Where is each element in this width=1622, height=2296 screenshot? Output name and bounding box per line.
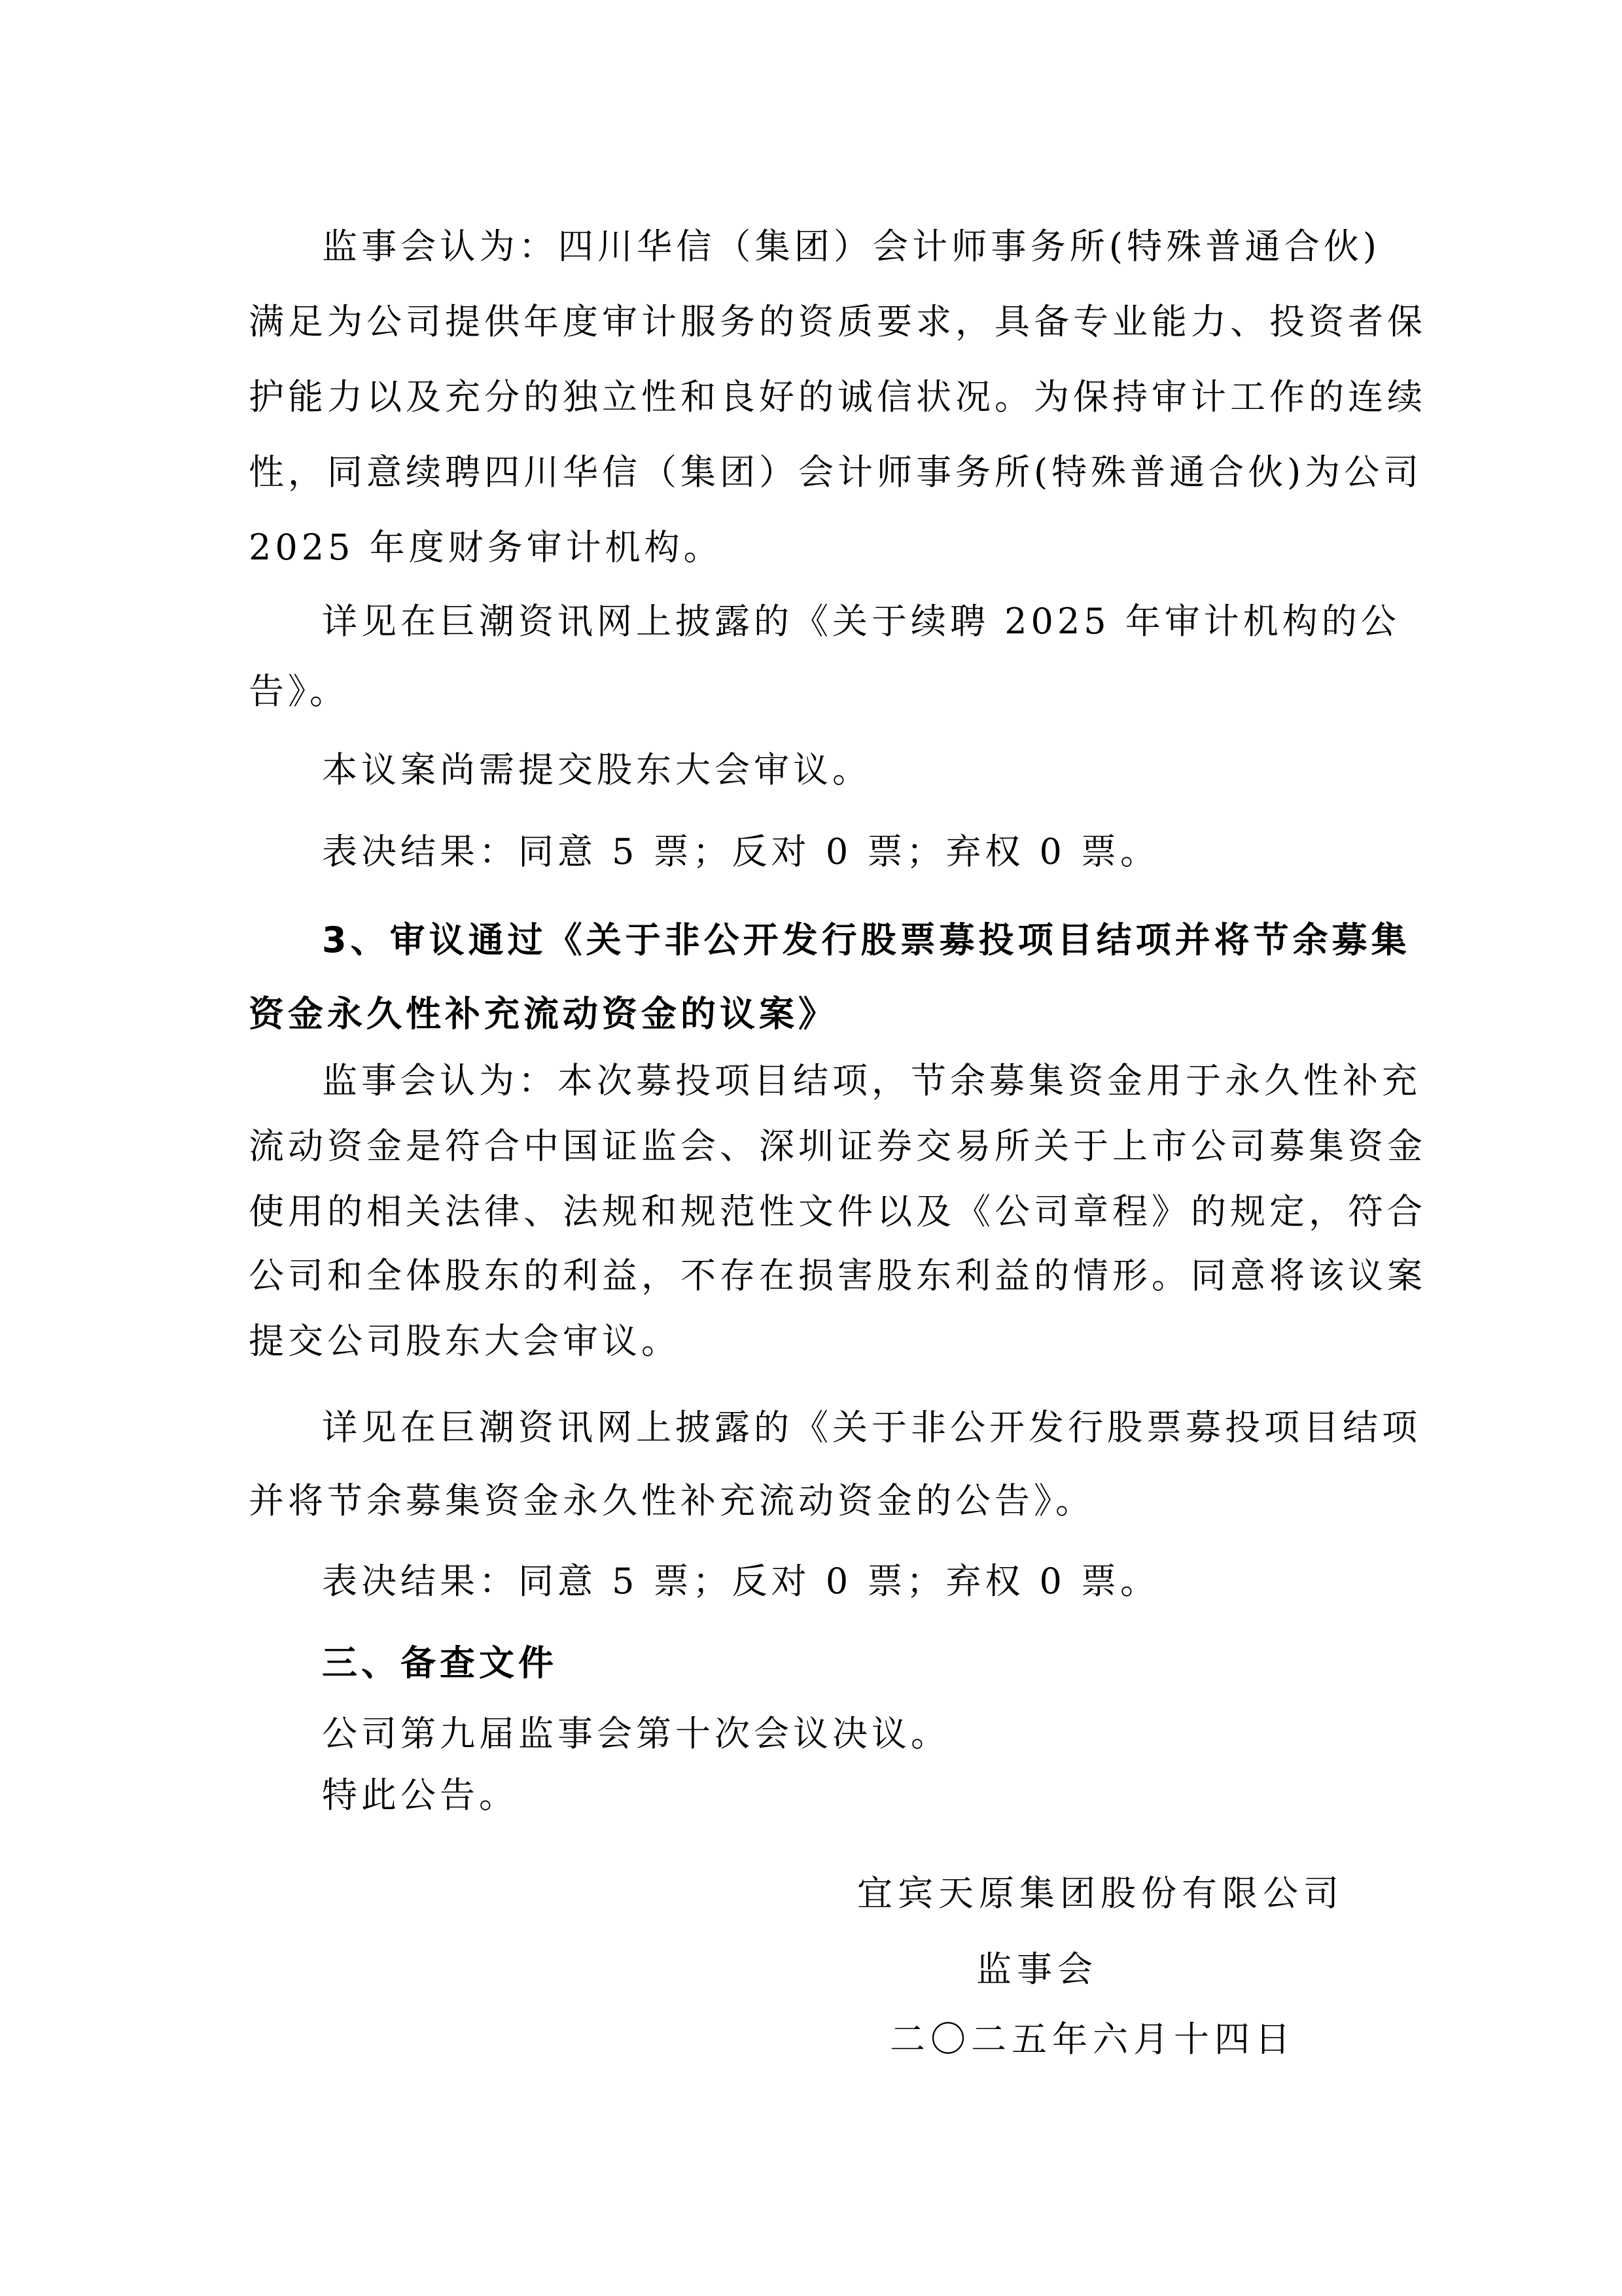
paragraph-line: 护能力以及充分的独立性和良好的诚信状况。为保持审计工作的连续 bbox=[249, 376, 1381, 418]
paragraph-line: 详见在巨潮资讯网上披露的《关于非公开发行股票募投项目结项 bbox=[322, 1407, 1381, 1449]
paragraph-line: 流动资金是符合中国证监会、深圳证券交易所关于上市公司募集资金 bbox=[249, 1125, 1381, 1167]
section-heading: 资金永久性补充流动资金的议案》 bbox=[249, 993, 1381, 1035]
paragraph-line: 告》。 bbox=[249, 671, 1381, 713]
vote-result: 表决结果：同意 5 票；反对 0 票；弃权 0 票。 bbox=[322, 831, 1454, 873]
paragraph-line: 监事会认为：四川华信（集团）会计师事务所(特殊普通合伙) bbox=[322, 226, 1381, 268]
paragraph-line: 并将节余募集资金永久性补充流动资金的公告》。 bbox=[249, 1480, 1381, 1522]
section-heading: 三、备查文件 bbox=[322, 1642, 1454, 1684]
signature-company: 宜宾天原集团股份有限公司 bbox=[857, 1873, 1344, 1915]
paragraph-line: 使用的相关法律、法规和规范性文件以及《公司章程》的规定，符合 bbox=[249, 1191, 1381, 1233]
vote-result: 表决结果：同意 5 票；反对 0 票；弃权 0 票。 bbox=[322, 1561, 1454, 1602]
paragraph-line: 本议案尚需提交股东大会审议。 bbox=[322, 749, 1454, 791]
document-page: 监事会认为：四川华信（集团）会计师事务所(特殊普通合伙) 满足为公司提供年度审计… bbox=[0, 0, 1622, 2296]
paragraph-line: 性，同意续聘四川华信（集团）会计师事务所(特殊普通合伙)为公司 bbox=[249, 451, 1381, 493]
paragraph-line: 公司和全体股东的利益，不存在损害股东利益的情形。同意将该议案 bbox=[249, 1255, 1381, 1297]
paragraph-line: 满足为公司提供年度审计服务的资质要求，具备专业能力、投资者保 bbox=[249, 301, 1381, 343]
section-heading: 3、审议通过《关于非公开发行股票募投项目结项并将节余募集 bbox=[322, 919, 1381, 961]
signature-date: 二〇二五年六月十四日 bbox=[890, 2019, 1296, 2060]
paragraph-line: 公司第九届监事会第十次会议决议。 bbox=[322, 1713, 1454, 1755]
signature-board: 监事会 bbox=[976, 1949, 1098, 1990]
paragraph-line: 提交公司股东大会审议。 bbox=[249, 1320, 1381, 1362]
paragraph-line: 2025 年度财务审计机构。 bbox=[249, 527, 1381, 569]
paragraph-line: 监事会认为：本次募投项目结项，节余募集资金用于永久性补充 bbox=[322, 1060, 1381, 1102]
paragraph-line: 详见在巨潮资讯网上披露的《关于续聘 2025 年审计机构的公 bbox=[322, 601, 1381, 643]
closing-line: 特此公告。 bbox=[322, 1775, 1454, 1816]
